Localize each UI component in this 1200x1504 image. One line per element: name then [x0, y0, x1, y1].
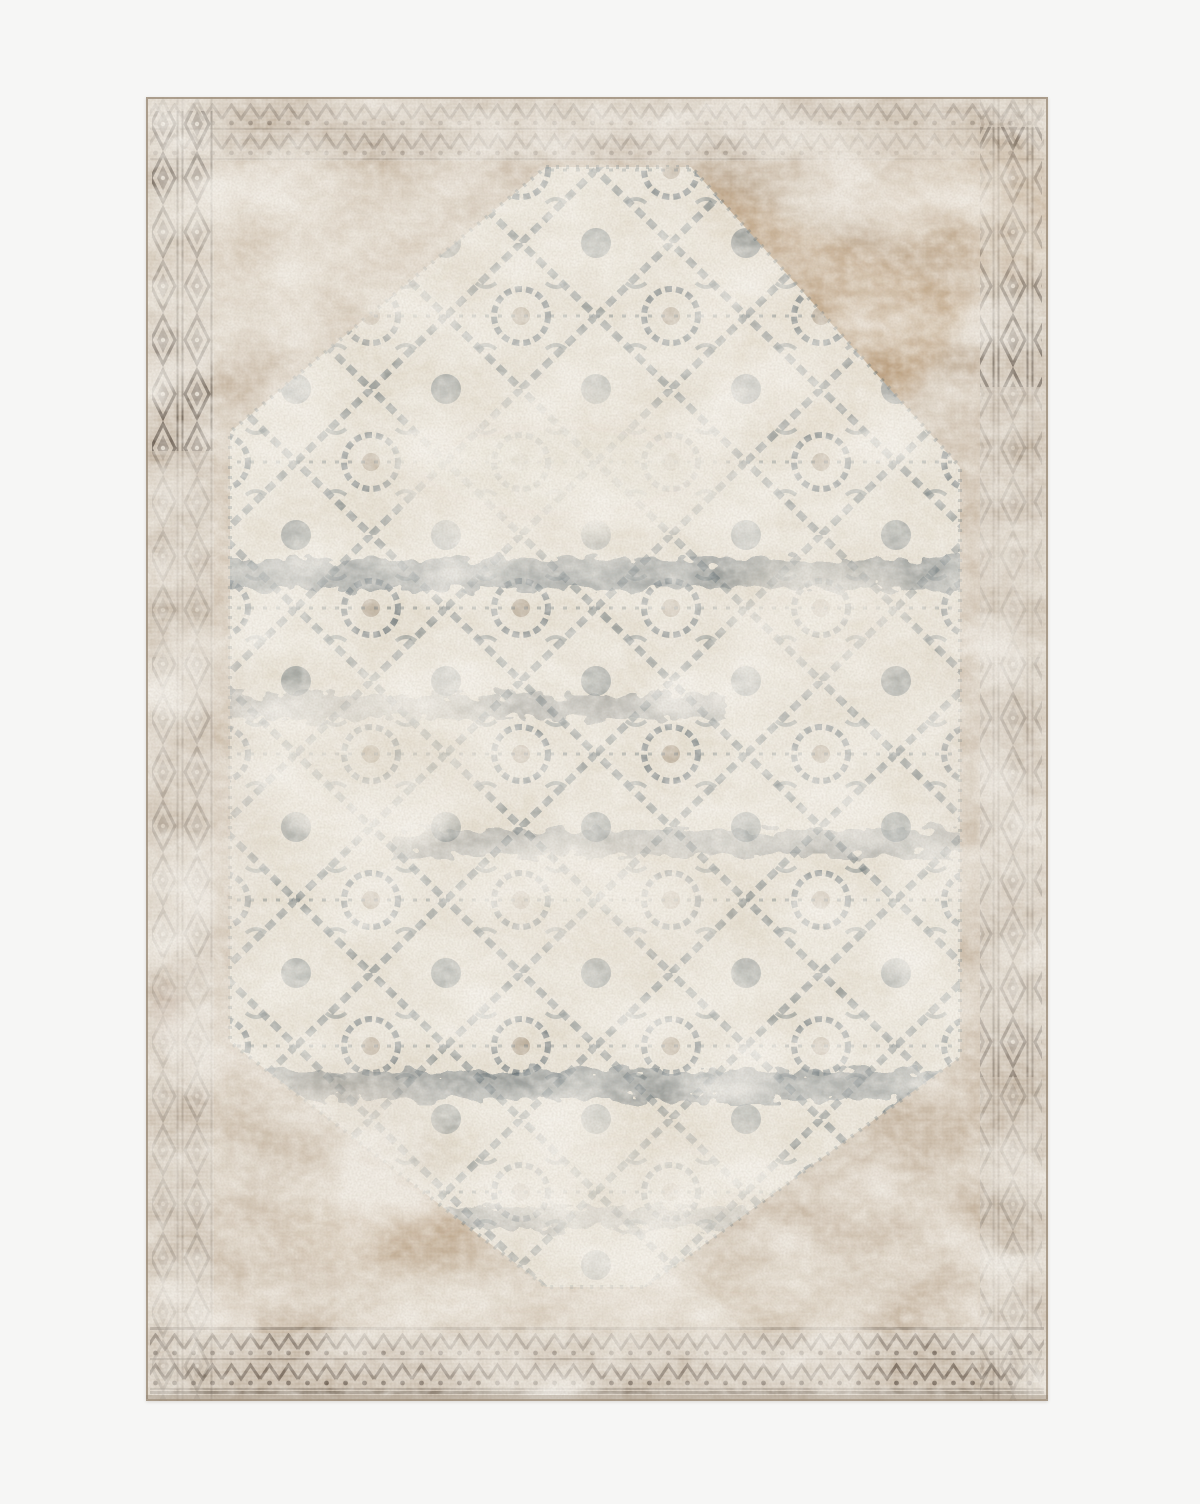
- rug-graphic: [146, 97, 1048, 1401]
- photo-canvas: [0, 0, 1200, 1504]
- distress-texture: [146, 97, 1048, 1401]
- rug-product-photo: [146, 97, 1048, 1401]
